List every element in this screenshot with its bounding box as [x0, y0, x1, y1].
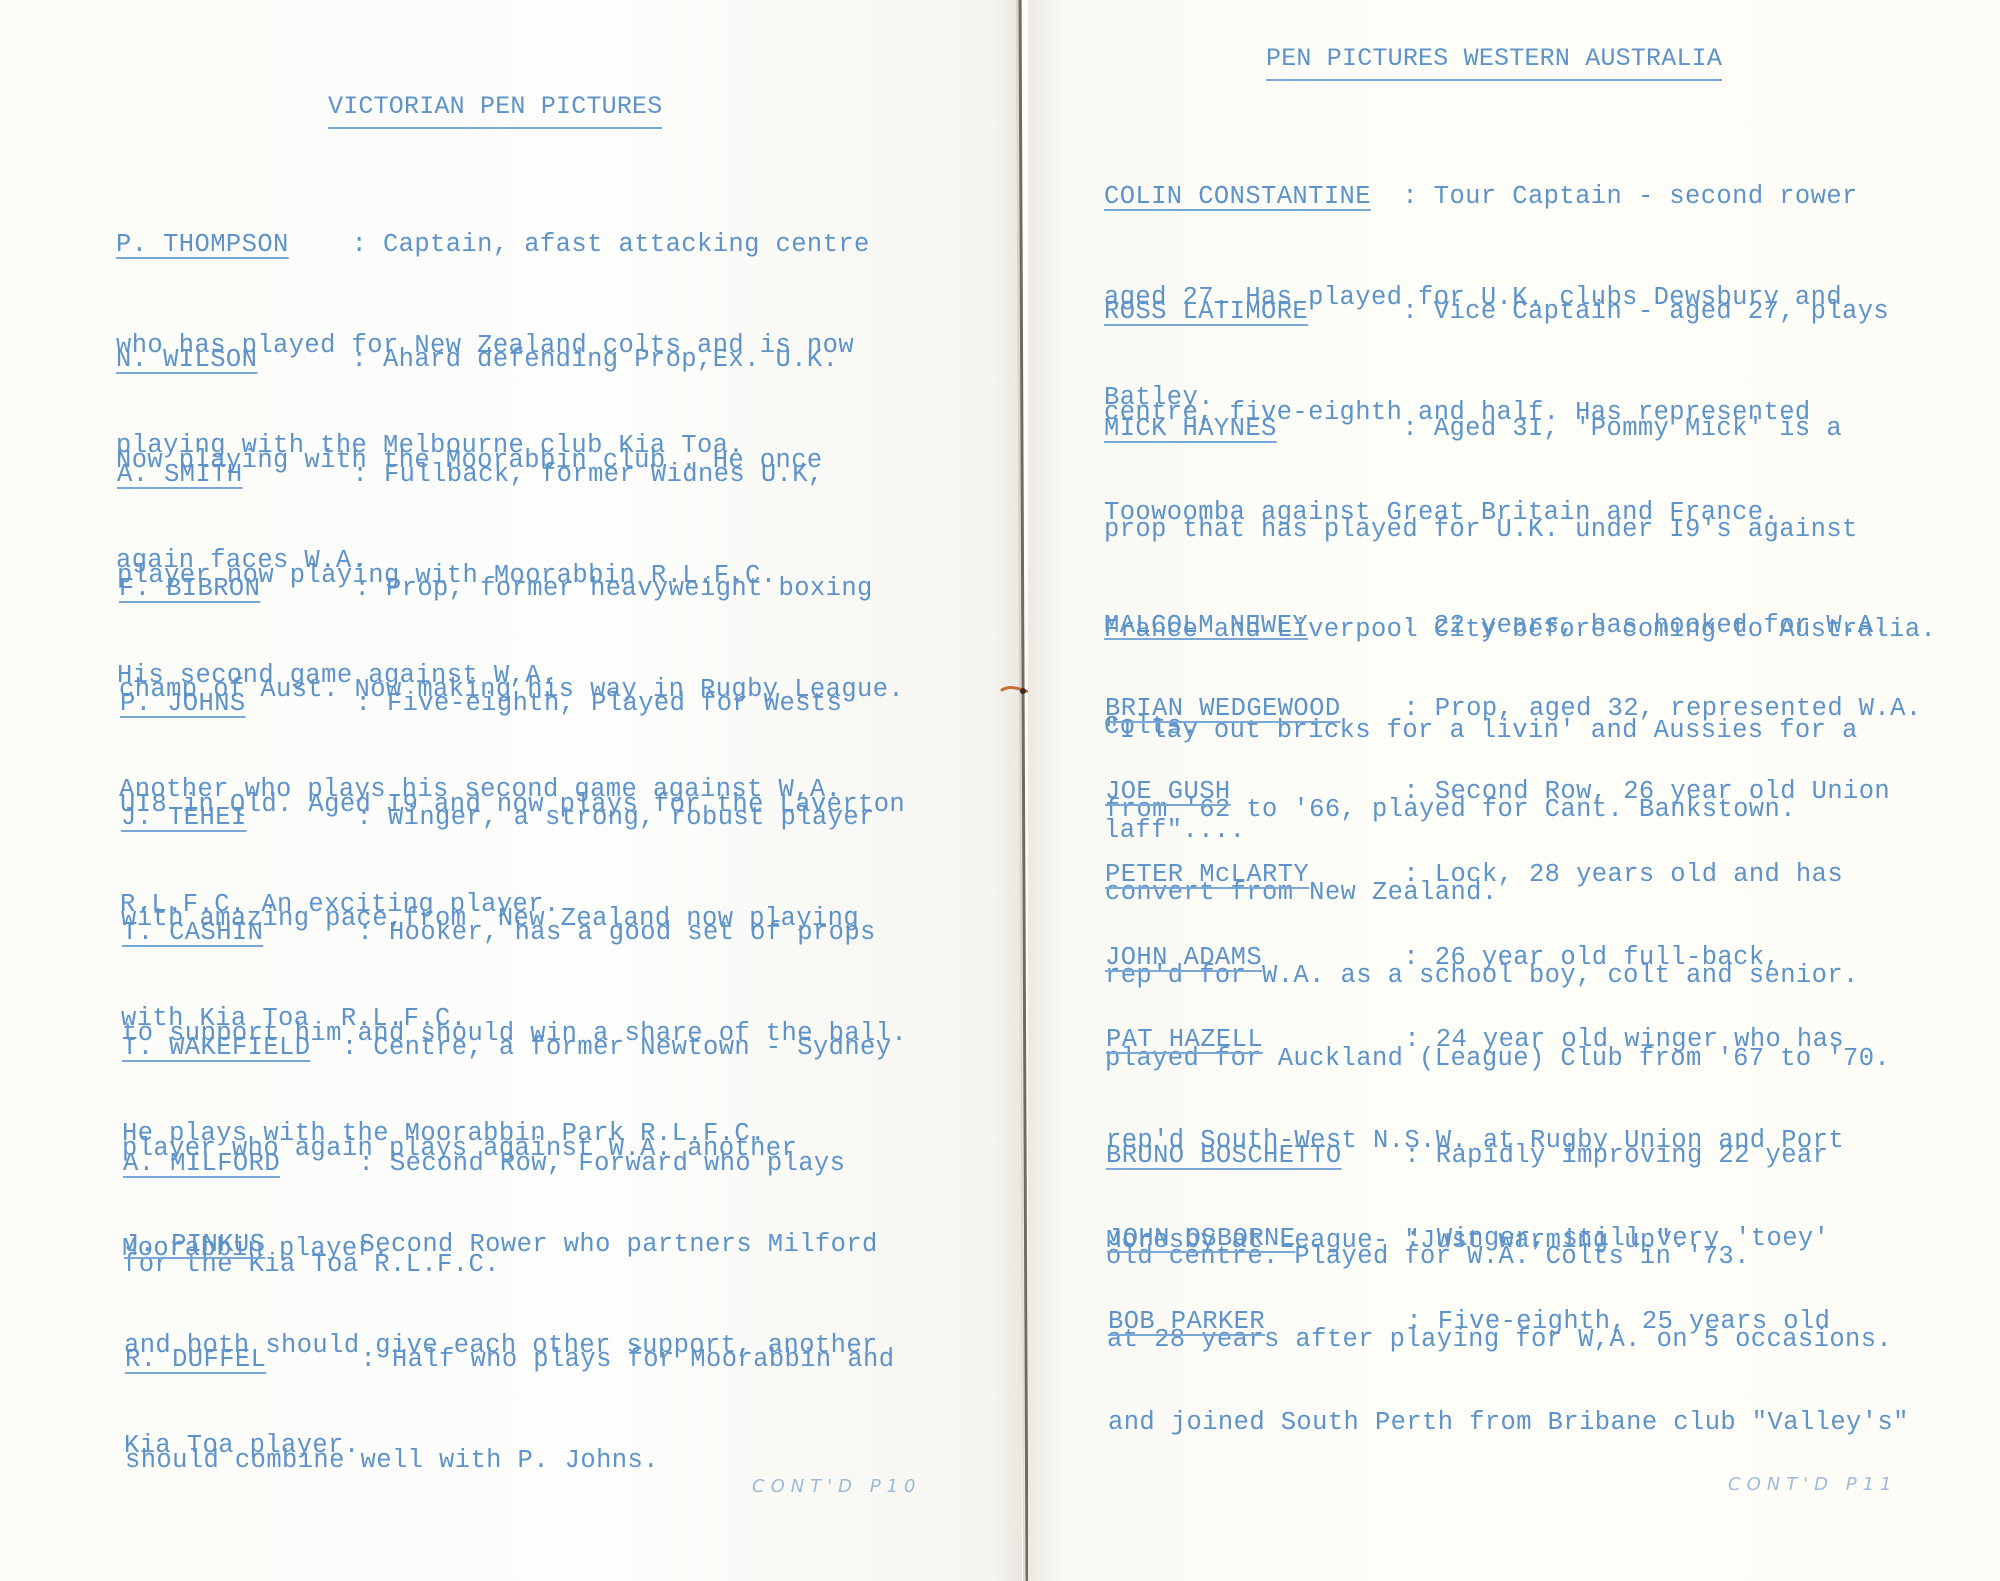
player-name: F. BIBRON	[119, 572, 260, 606]
player-name: N. WILSON	[116, 343, 257, 377]
player-name: BOB PARKER	[1108, 1305, 1265, 1339]
player-name: J. PINKUS	[124, 1228, 265, 1262]
player-entry: BOB PARKER : Five-eighth, 25 years old a…	[1108, 1238, 1909, 1506]
player-name: P. THOMPSON	[116, 228, 289, 262]
player-name: J. TEHEI	[121, 801, 247, 835]
continued-note: CONT'D P10	[752, 1476, 922, 1497]
left-page-title: VICTORIAN PEN PICTURES	[328, 92, 662, 129]
player-name: ROSS LATIMORE	[1104, 295, 1308, 329]
player-entry: R. DUFFEL : Half who plays for Moorabbin…	[125, 1276, 894, 1544]
player-name: R. DUFFEL	[125, 1343, 266, 1377]
player-name: COLIN CONSTANTINE	[1104, 180, 1371, 214]
right-page-title: PEN PICTURES WESTERN AUSTRALIA	[1266, 44, 1722, 81]
player-name: T. CASHIN	[122, 916, 263, 950]
player-name: P. JOHNS	[120, 687, 246, 721]
player-name: T. WAKEFIELD	[122, 1031, 310, 1065]
right-page: PEN PICTURES WESTERN AUSTRALIA COLIN CON…	[1028, 0, 2000, 1581]
player-name: A. SMITH	[117, 458, 243, 492]
player-name: PAT HAZELL	[1106, 1023, 1263, 1057]
left-page: VICTORIAN PEN PICTURES P. THOMPSON : Cap…	[0, 0, 1022, 1581]
continued-note: CONT'D P11	[1728, 1474, 1898, 1495]
player-name: MICK HAYNES	[1104, 412, 1277, 446]
